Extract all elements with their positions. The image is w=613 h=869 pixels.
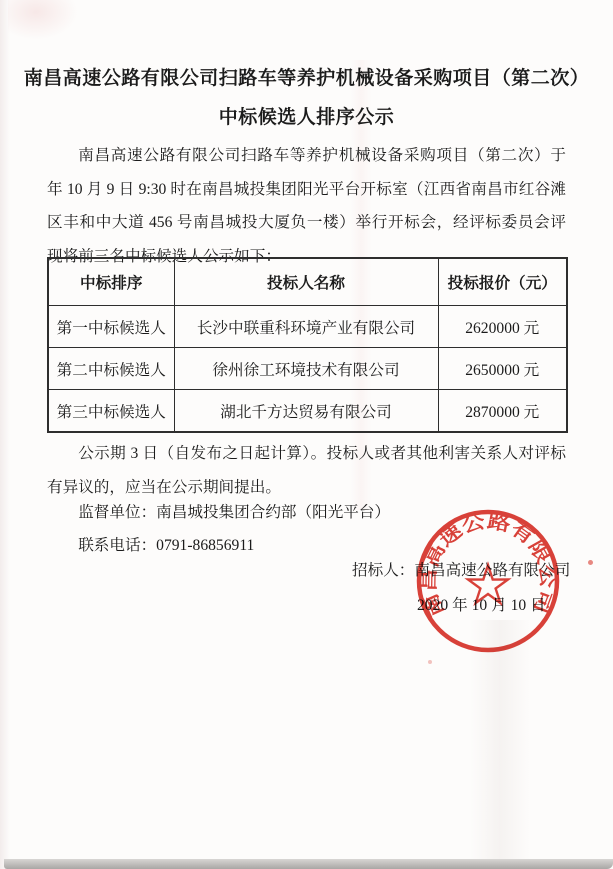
- table-row: 第一中标候选人 长沙中联重科环境产业有限公司 2620000 元: [48, 306, 567, 348]
- publicity-period-paragraph: 公示期 3 日（自发布之日起计算）。投标人或者其他利害关系人对评标结果 有异议的…: [47, 437, 566, 504]
- price-cell: 2650000 元: [438, 348, 567, 390]
- document-title-line2: 中标候选人排序公示: [0, 102, 613, 129]
- table-row: 第二中标候选人 徐州徐工环境技术有限公司 2650000 元: [48, 348, 567, 390]
- page-left-edge: [0, 0, 10, 869]
- intro-line: 区丰和中大道 456 号南昌城投大厦负一楼）举行开标会，经评标委员会评定，: [47, 206, 566, 240]
- bid-candidates-table: 中标排序 投标人名称 投标报价（元） 第一中标候选人 长沙中联重科环境产业有限公…: [47, 257, 568, 433]
- bidder-cell: 湖北千方达贸易有限公司: [174, 390, 438, 433]
- document-title-line1: 南昌高速公路有限公司扫路车等养护机械设备采购项目（第二次）: [0, 63, 613, 90]
- page-bottom-edge: [4, 859, 613, 869]
- price-cell: 2620000 元: [438, 306, 567, 348]
- header-bid-price: 投标报价（元）: [438, 258, 567, 306]
- header-bidder-name: 投标人名称: [174, 258, 438, 306]
- tenderer-signature-line: 招标人：南昌高速公路有限公司: [352, 558, 570, 580]
- signature-date-line: 2020 年 10 月 10 日: [417, 593, 546, 615]
- intro-line: 南昌高速公路有限公司扫路车等养护机械设备采购项目（第二次）于 2020: [47, 139, 566, 173]
- notice-line: 公示期 3 日（自发布之日起计算）。投标人或者其他利害关系人对评标结果: [47, 437, 566, 471]
- seal-ink-speck: [588, 560, 593, 565]
- scan-streak: [470, 620, 530, 860]
- bidder-cell: 徐州徐工环境技术有限公司: [174, 348, 438, 390]
- table-header-row: 中标排序 投标人名称 投标报价（元）: [48, 258, 567, 306]
- rank-cell: 第一中标候选人: [48, 306, 174, 348]
- rank-cell: 第三中标候选人: [48, 390, 174, 433]
- rank-cell: 第二中标候选人: [48, 348, 174, 390]
- intro-paragraph: 南昌高速公路有限公司扫路车等养护机械设备采购项目（第二次）于 2020 年 10…: [47, 139, 566, 273]
- price-cell: 2870000 元: [438, 390, 567, 433]
- scanned-document-page: 南昌高速公路有限公司扫路车等养护机械设备采购项目（第二次） 中标候选人排序公示 …: [0, 0, 613, 869]
- bidder-cell: 长沙中联重科环境产业有限公司: [174, 306, 438, 348]
- seal-ink-speck: [428, 660, 432, 664]
- supervisor-unit-line: 监督单位：南昌城投集团合约部（阳光平台）: [47, 496, 566, 529]
- intro-line: 年 10 月 9 日 9:30 时在南昌城投集团阳光平台开标室（江西省南昌市红谷…: [47, 173, 566, 207]
- table-row: 第三中标候选人 湖北千方达贸易有限公司 2870000 元: [48, 390, 567, 433]
- header-rank: 中标排序: [48, 258, 174, 306]
- scan-smudge: [8, 0, 78, 40]
